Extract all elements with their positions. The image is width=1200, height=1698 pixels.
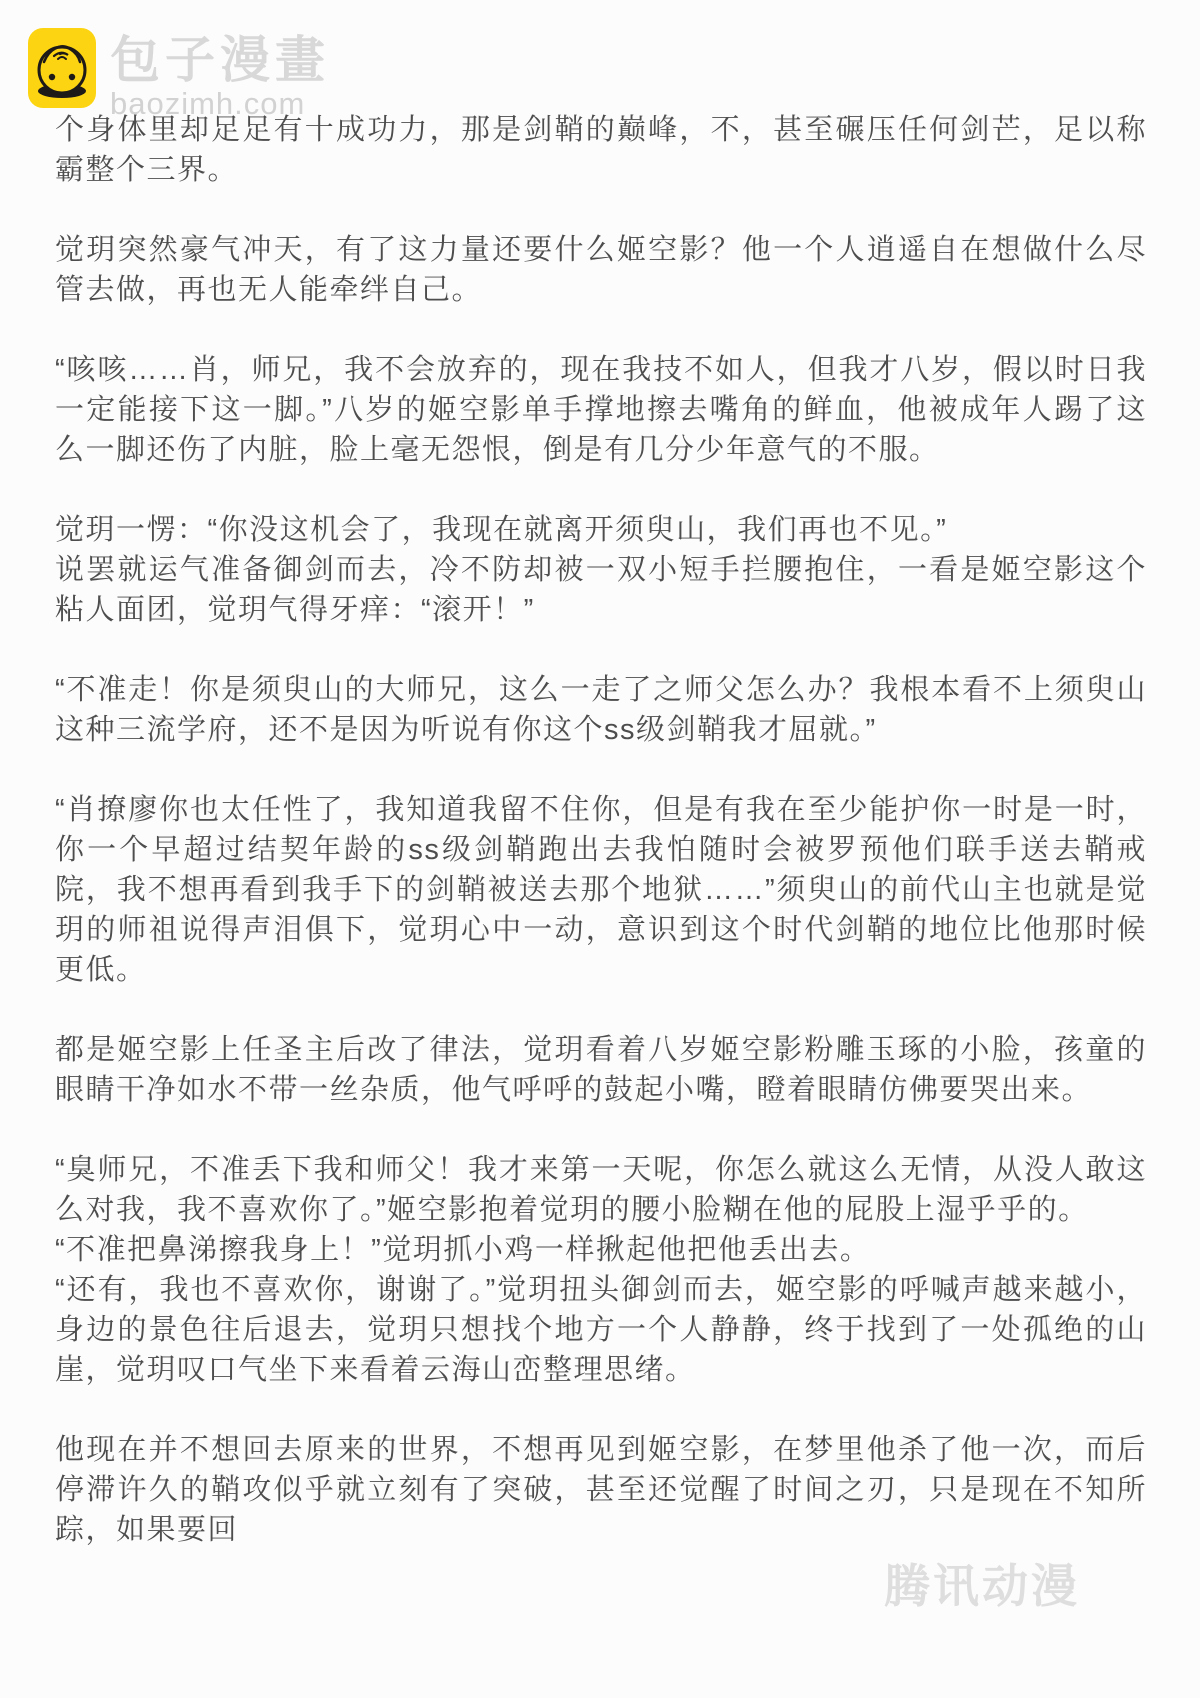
paragraph-line: 觉玥一愣：“你没这机会了，我现在就离开须臾山，我们再也不见。” — [55, 510, 1147, 550]
paragraph-line: 觉玥突然豪气冲天，有了这力量还要什么姬空影？他一个人逍遥自在想做什么尽管去做，再… — [55, 230, 1147, 310]
paragraph: 都是姬空影上任圣主后改了律法，觉玥看着八岁姬空影粉雕玉琢的小脸，孩童的眼睛干净如… — [55, 1030, 1147, 1110]
paragraph: 觉玥一愣：“你没这机会了，我现在就离开须臾山，我们再也不见。”说罢就运气准备御剑… — [55, 510, 1147, 630]
paragraph-line: 都是姬空影上任圣主后改了律法，觉玥看着八岁姬空影粉雕玉琢的小脸，孩童的眼睛干净如… — [55, 1030, 1147, 1110]
paragraph: “臭师兄，不准丢下我和师父！我才来第一天呢，你怎么就这么无情，从没人敢这么对我，… — [55, 1150, 1147, 1390]
paragraph: “不准走！你是须臾山的大师兄，这么一走了之师父怎么办？我根本看不上须臾山这种三流… — [55, 670, 1147, 750]
novel-page: 包子漫畫 baozimh.com 个身体里却足足有十成功力，那是剑鞘的巅峰，不，… — [0, 0, 1200, 1698]
paragraph-line: “肖撩廖你也太任性了，我知道我留不住你，但是有我在至少能护你一时是一时，你一个早… — [55, 790, 1147, 990]
paragraph: 觉玥突然豪气冲天，有了这力量还要什么姬空影？他一个人逍遥自在想做什么尽管去做，再… — [55, 230, 1147, 310]
paragraph-line: “不准走！你是须臾山的大师兄，这么一走了之师父怎么办？我根本看不上须臾山这种三流… — [55, 670, 1147, 750]
paragraph: 他现在并不想回去原来的世界，不想再见到姬空影，在梦里他杀了他一次，而后停滞许久的… — [55, 1430, 1147, 1550]
tencent-comics-watermark: 腾讯动漫 — [884, 1550, 1080, 1616]
paragraph: 个身体里却足足有十成功力，那是剑鞘的巅峰，不，甚至碾压任何剑芒，足以称霸整个三界… — [55, 110, 1147, 190]
paragraph: “肖撩廖你也太任性了，我知道我留不住你，但是有我在至少能护你一时是一时，你一个早… — [55, 790, 1147, 990]
brand-text: 包子漫畫 baozimh.com — [110, 28, 330, 121]
site-brand: 包子漫畫 baozimh.com — [28, 28, 330, 121]
paragraph-line: “咳咳……肖，师兄，我不会放弃的，现在我技不如人，但我才八岁，假以时日我一定能接… — [55, 350, 1147, 470]
paragraph-line: “不准把鼻涕擦我身上！”觉玥抓小鸡一样揪起他把他丢出去。 — [55, 1230, 1147, 1270]
paragraph-line: 个身体里却足足有十成功力，那是剑鞘的巅峰，不，甚至碾压任何剑芒，足以称霸整个三界… — [55, 110, 1147, 190]
baozi-bun-icon — [28, 28, 96, 108]
brand-name: 包子漫畫 — [110, 34, 330, 87]
paragraph-line: 他现在并不想回去原来的世界，不想再见到姬空影，在梦里他杀了他一次，而后停滞许久的… — [55, 1430, 1147, 1550]
text-content: 个身体里却足足有十成功力，那是剑鞘的巅峰，不，甚至碾压任何剑芒，足以称霸整个三界… — [55, 110, 1147, 1550]
paragraph-line: “臭师兄，不准丢下我和师父！我才来第一天呢，你怎么就这么无情，从没人敢这么对我，… — [55, 1150, 1147, 1230]
paragraph-line: “还有，我也不喜欢你，谢谢了。”觉玥扭头御剑而去，姬空影的呼喊声越来越小，身边的… — [55, 1270, 1147, 1390]
paragraph: “咳咳……肖，师兄，我不会放弃的，现在我技不如人，但我才八岁，假以时日我一定能接… — [55, 350, 1147, 470]
paragraph-line: 说罢就运气准备御剑而去，冷不防却被一双小短手拦腰抱住，一看是姬空影这个粘人面团，… — [55, 550, 1147, 630]
